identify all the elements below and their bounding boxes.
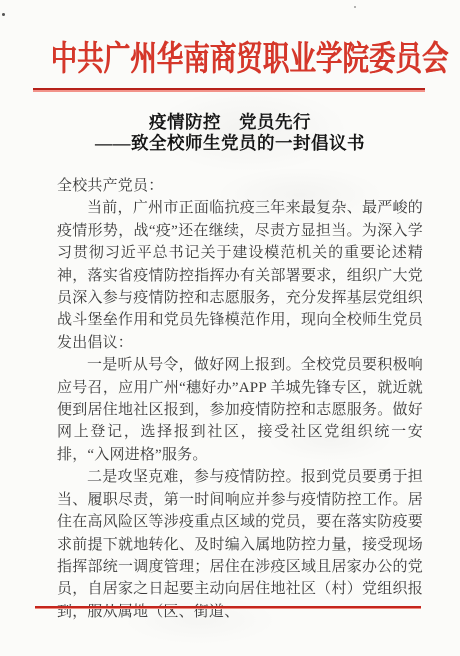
paragraph-3: 二是攻坚克难，参与疫情防控。报到党员要勇于担当、履职尽责，第一时间响应并参与疫情…: [57, 466, 423, 623]
document-body: 全校共产党员： 当前，广州市正面临抗疫三年来最复杂、最严峻的疫情形势，战“疫”还…: [57, 175, 423, 623]
org-masthead: 中共广州华南商贸职业学院委员会: [51, 38, 410, 82]
scan-speck: [354, 6, 356, 8]
paragraph-1: 当前，广州市正面临抗疫三年来最复杂、最严峻的疫情形势，战“疫”还在继续，尽责方显…: [57, 197, 423, 354]
document-title: 疫情防控 党员先行 ——致全校师生党员的一封倡议书: [0, 112, 460, 154]
masthead-red-rule: [33, 88, 425, 92]
salutation: 全校共产党员：: [57, 175, 423, 197]
scan-speck: [2, 13, 5, 16]
footer-red-rule: [35, 606, 421, 609]
paragraph-2: 一是听从号令，做好网上报到。全校党员要积极响应号召，应用广州“穗好办”APP 羊…: [57, 354, 423, 466]
document-title-line2: ——致全校师生党员的一封倡议书: [0, 133, 460, 154]
document-page: { "document": { "header": { "org_name": …: [0, 0, 460, 656]
document-title-line1: 疫情防控 党员先行: [0, 112, 460, 133]
